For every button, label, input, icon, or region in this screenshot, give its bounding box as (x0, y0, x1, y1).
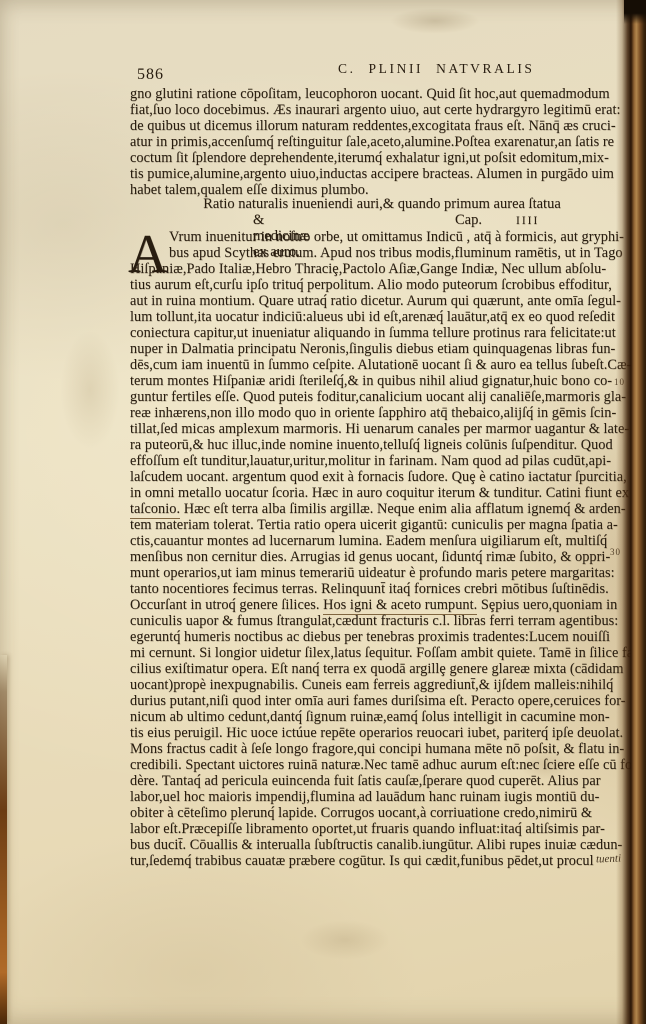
text-line: atur in primis,accenſumq́ reſtinguitur ſ… (130, 134, 634, 150)
text-line: bus ducit̄. Cōuallis & interualla ſubſtr… (130, 837, 634, 853)
text-line: tis eius peruigil. Hic uoce ictúue repēt… (130, 725, 634, 741)
text-line: guntur fertiles eſſe. Quod puteis foditu… (130, 389, 634, 405)
text-line: dēs,cum iam inuentū in ſummo ceſpite. Al… (130, 357, 634, 373)
text-line: Occurſant in utroq́ genere ſilices. Hos … (130, 597, 634, 613)
catchword: tuenti (596, 853, 621, 866)
text-line: Vrum inuenitur in noſtro orbe, ut omitta… (130, 229, 634, 245)
text-line: laſcudem uocant. argentum quod exit à fo… (130, 469, 634, 485)
text-line: fiat,ſuo loco docebimus. Æs inaurari arg… (130, 102, 634, 118)
text-line: tem materiam tolerat. Tertia ratio opera… (130, 517, 634, 533)
margin-line-number: 30 (610, 547, 621, 557)
text-line: menſibus non cernitur dies. Arrugias id … (130, 549, 634, 565)
text-line: lum tollunt,ita uocatur indiciū:alueus u… (130, 309, 634, 325)
text-line: coctum ſit ſplendore deprehendente,iteru… (130, 150, 634, 166)
paragraph-previous-chapter: gno glutini ratione cōpoſitam, leucophor… (130, 86, 634, 198)
text-line: munt operarios,ut iam minus temerariū ui… (130, 565, 634, 581)
text-line: credibili. Spectant uictores ruinā natur… (130, 757, 634, 773)
text-line: bus apud Scythas erutum. Apud nos tribus… (130, 245, 634, 261)
text-line: Hiſpaniæ,Pado Italiæ,Hebro Thraciȩ,Pacto… (130, 261, 634, 277)
text-line: nicum ab ultimo cedunt,dantq́ ſignum rui… (130, 709, 634, 725)
chapter-label: Cap. (455, 212, 482, 228)
text-line: Mons fractus cadit à ſeſe longo fragore,… (130, 741, 634, 757)
text-line: tis pumice,alumine,argento uiuo,inductas… (130, 166, 634, 182)
text-line: tillat,ſed micas amplexum marmoris. Hi u… (130, 421, 634, 437)
text-line: effoſſum eſt tunditur,lauatur,uritur,mol… (130, 453, 634, 469)
book-cover-edge (0, 655, 7, 1024)
text-line: reæ inhærens,non illo modo quo in orient… (130, 405, 634, 421)
text-line: in omni metallo uocatur ſcoria. Hæc in a… (130, 485, 634, 501)
text-line: egeruntq́ humeris noctibus ac diebus per… (130, 629, 634, 645)
paper-stain (390, 8, 480, 34)
text-line: tanto nocentiores fecimus terras. Relinq… (130, 581, 634, 597)
text-line: uocant)propè inexpugnabilis. Cuneis eam … (130, 677, 634, 693)
text-line: terum montes Hiſpaniæ aridi ſterileſq́,&… (130, 373, 634, 389)
ink-underline: taſconio. (130, 501, 180, 519)
paper-stain (60, 330, 120, 450)
paper-stain (300, 920, 390, 960)
text-line: cilius exiſtimatur opera. Eſt nanq́ terr… (130, 661, 634, 677)
text-line: labor,uel hoc maioris impendij,flumina a… (130, 789, 634, 805)
text-line: tur,ſedemq́ trabibus cauatæ præbere cogū… (130, 853, 634, 869)
text-line: taſconio. Hæc eſt terra alba ſimilis arg… (130, 501, 634, 517)
chapter-number: IIII (516, 214, 539, 228)
text-line: ra puteorū,& huc illuc,inde nomine inuen… (130, 437, 634, 453)
text-line: mi cernunt. Si longior uidetur ſilex,lat… (130, 645, 634, 661)
text-line: obiter à cēteſimo plerunq́ lapide. Corru… (130, 805, 634, 821)
text-line: coniectura capitur,ut inueniatur aliquan… (130, 325, 634, 341)
text-line: nuper in Dalmatia principatu Neronis,ſin… (130, 341, 634, 357)
text-line: tius aurum eſt,curſu ipſo trituq́ perpol… (130, 277, 634, 293)
text-line: durius putant,niſi quod inter omīa auri … (130, 693, 634, 709)
chapter-heading: Ratio naturalis inueniendi auri,& quando… (130, 196, 634, 228)
text-line: gno glutini ratione cōpoſitam, leucophor… (130, 86, 634, 102)
ink-underline: Hos igni & aceto rumpunt. (323, 597, 477, 615)
text-line: dère. Tantaq́ ad pericula euincenda fuit… (130, 773, 634, 789)
page-number: 586 (137, 66, 164, 84)
book-page-scan: 586 C. PLINII NATVRALIS gno glutini rati… (0, 0, 646, 1024)
text-line: ctis,cauantur montes ad lucernarum lumin… (130, 533, 634, 549)
chapter-heading-line1: Ratio naturalis inueniendi auri,& quando… (130, 196, 634, 212)
book-gutter-top-corner (624, 0, 646, 24)
running-head: C. PLINII NATVRALIS (338, 61, 535, 77)
text-line: de quibus ut dicemus illorum naturam red… (130, 118, 634, 134)
margin-line-number: 10 (614, 377, 625, 387)
text-line: labor eſt.Præcepiſſe libramento oportet,… (130, 821, 634, 837)
chapter-body: Vrum inuenitur in noſtro orbe, ut omitta… (130, 229, 634, 869)
text-line: cuniculis uapor & fumus ſtrangulat,cædun… (130, 613, 634, 629)
text-line: aut in ruina montium. Quare utraq́ ratio… (130, 293, 634, 309)
